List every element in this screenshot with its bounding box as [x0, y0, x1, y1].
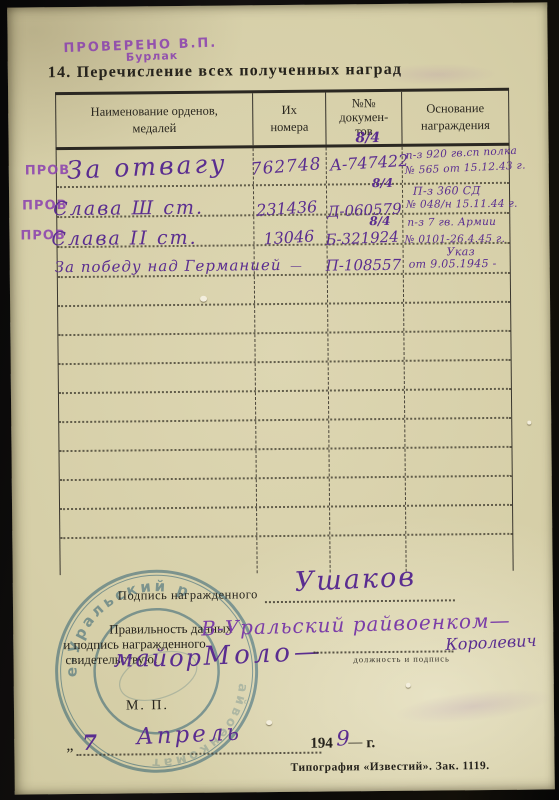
table-empty-row — [59, 419, 511, 452]
table-empty-row — [59, 390, 511, 423]
table-empty-cell — [405, 419, 511, 447]
certify-hw-signature: Моло— — [203, 637, 325, 672]
hw-row3-doc-note: 8/4 — [369, 214, 390, 228]
hw-row2-name: Слава Ш ст. — [53, 197, 204, 220]
table-empty-cell — [256, 392, 329, 420]
table-empty-cell — [406, 477, 512, 505]
hw-row4-number: － — [288, 257, 302, 277]
table-empty-cell — [59, 363, 256, 392]
table-empty-cell — [404, 332, 510, 360]
table-empty-row — [59, 361, 511, 394]
section-title: 14. Перечисление всех полученных наград — [48, 61, 403, 82]
table-empty-cell — [329, 391, 405, 419]
paper-speck — [406, 683, 411, 688]
table-empty-cell — [405, 390, 511, 418]
hw-row2-number: 231436 — [256, 197, 318, 220]
hw-row3-name: Слава II ст. — [51, 227, 197, 250]
certify-hw-rank: майор — [113, 644, 203, 673]
checked-stamp-row1: ПРОВ — [25, 163, 71, 178]
table-empty-cell — [404, 303, 510, 331]
table-empty-cell — [329, 449, 405, 477]
table-empty-cell — [60, 508, 257, 537]
table-empty-cell — [330, 507, 406, 535]
paper-speck — [266, 720, 272, 725]
hw-row1-doc-note: 8/4 — [372, 176, 393, 190]
verified-stamp: ПРОВЕРЕНО В.П. Бурлак — [63, 36, 218, 66]
date-day: 7 — [82, 730, 97, 755]
table-empty-cell — [255, 276, 328, 304]
position-signature-caption: должность и подпись — [353, 653, 449, 664]
seal-placeholder-label: М. П. — [126, 698, 169, 714]
table-empty-cell — [60, 479, 257, 508]
hw-row4-basis2: от 9.05.1945 - — [409, 257, 497, 271]
hw-row3-basis1: п-з 7 гв. Армии — [407, 216, 496, 229]
table-empty-cell — [257, 479, 330, 507]
table-empty-row — [58, 274, 510, 307]
table-empty-cell — [257, 508, 330, 536]
signature-value: Ушаков — [294, 562, 417, 598]
table-empty-row — [58, 332, 510, 365]
date-year-print: 194 — [310, 736, 333, 753]
table-empty-cell — [405, 448, 511, 476]
date-open-quote: „ — [66, 737, 73, 755]
table-empty-row — [60, 506, 512, 539]
table-empty-cell — [255, 334, 328, 362]
table-empty-cell — [256, 450, 329, 478]
header-basis: Основание награждения — [402, 91, 508, 144]
table-empty-cell — [405, 361, 511, 389]
date-suffix: г. — [366, 735, 375, 752]
hw-row3-document: Б-321924 — [325, 228, 399, 249]
table-empty-cell — [59, 421, 256, 450]
table-empty-cell — [58, 276, 255, 305]
table-empty-cell — [329, 420, 405, 448]
table-empty-cell — [60, 450, 257, 479]
table-empty-cell — [256, 421, 329, 449]
table-empty-cell — [329, 362, 405, 390]
date-month: Апрель — [136, 720, 243, 751]
header-award-name: Наименование орденов, медалей — [56, 93, 253, 147]
hw-row2-basis1: П-з 360 СД — [413, 184, 481, 198]
document-page: ПРОВЕРЕНО В.П. Бурлак 14. Перечисление в… — [7, 2, 555, 794]
printer-imprint: Типография «Известий». Зак. 1119. — [290, 760, 489, 774]
table-empty-cell — [58, 334, 255, 363]
paper-speck — [527, 421, 531, 425]
table-empty-row — [60, 448, 512, 481]
table-empty-row — [58, 303, 510, 336]
table-empty-cell — [330, 478, 406, 506]
table-empty-cell — [406, 506, 512, 534]
signature-label: Подпись награжденного — [118, 587, 258, 603]
hw-row3-number: 13046 — [263, 226, 315, 248]
paper-speck — [200, 296, 207, 302]
table-empty-cell — [255, 305, 328, 333]
date-dash: — — [348, 735, 362, 751]
hw-row2-document: Д-060579 — [327, 200, 402, 221]
table-empty-row — [60, 477, 512, 510]
table-empty-cell — [404, 274, 510, 302]
empty-rows-container — [58, 274, 512, 539]
header-annotation-hw: 8/4 — [355, 130, 380, 146]
table-empty-cell — [59, 392, 256, 421]
cell — [406, 535, 512, 572]
header-number: Их номера — [253, 93, 326, 146]
table-empty-cell — [58, 305, 255, 334]
hw-row3-basis2: № 0101-26.4.45 г. — [404, 233, 505, 246]
hw-row2-basis2: № 048/н 15.11.44 г. — [406, 198, 518, 211]
table-empty-cell — [256, 363, 329, 391]
table-empty-cell — [328, 275, 404, 303]
hw-row4-document: П-108557 — [326, 256, 402, 275]
hw-row4-name: За победу над Германией — [55, 256, 282, 276]
table-empty-cell — [328, 304, 404, 332]
certify-hw-name: Королевич — [445, 631, 537, 654]
ink-smear-bottom-right — [393, 682, 555, 730]
table-header-row: Наименование орденов, медалей Их номера … — [55, 88, 510, 150]
table-empty-cell — [328, 333, 404, 361]
